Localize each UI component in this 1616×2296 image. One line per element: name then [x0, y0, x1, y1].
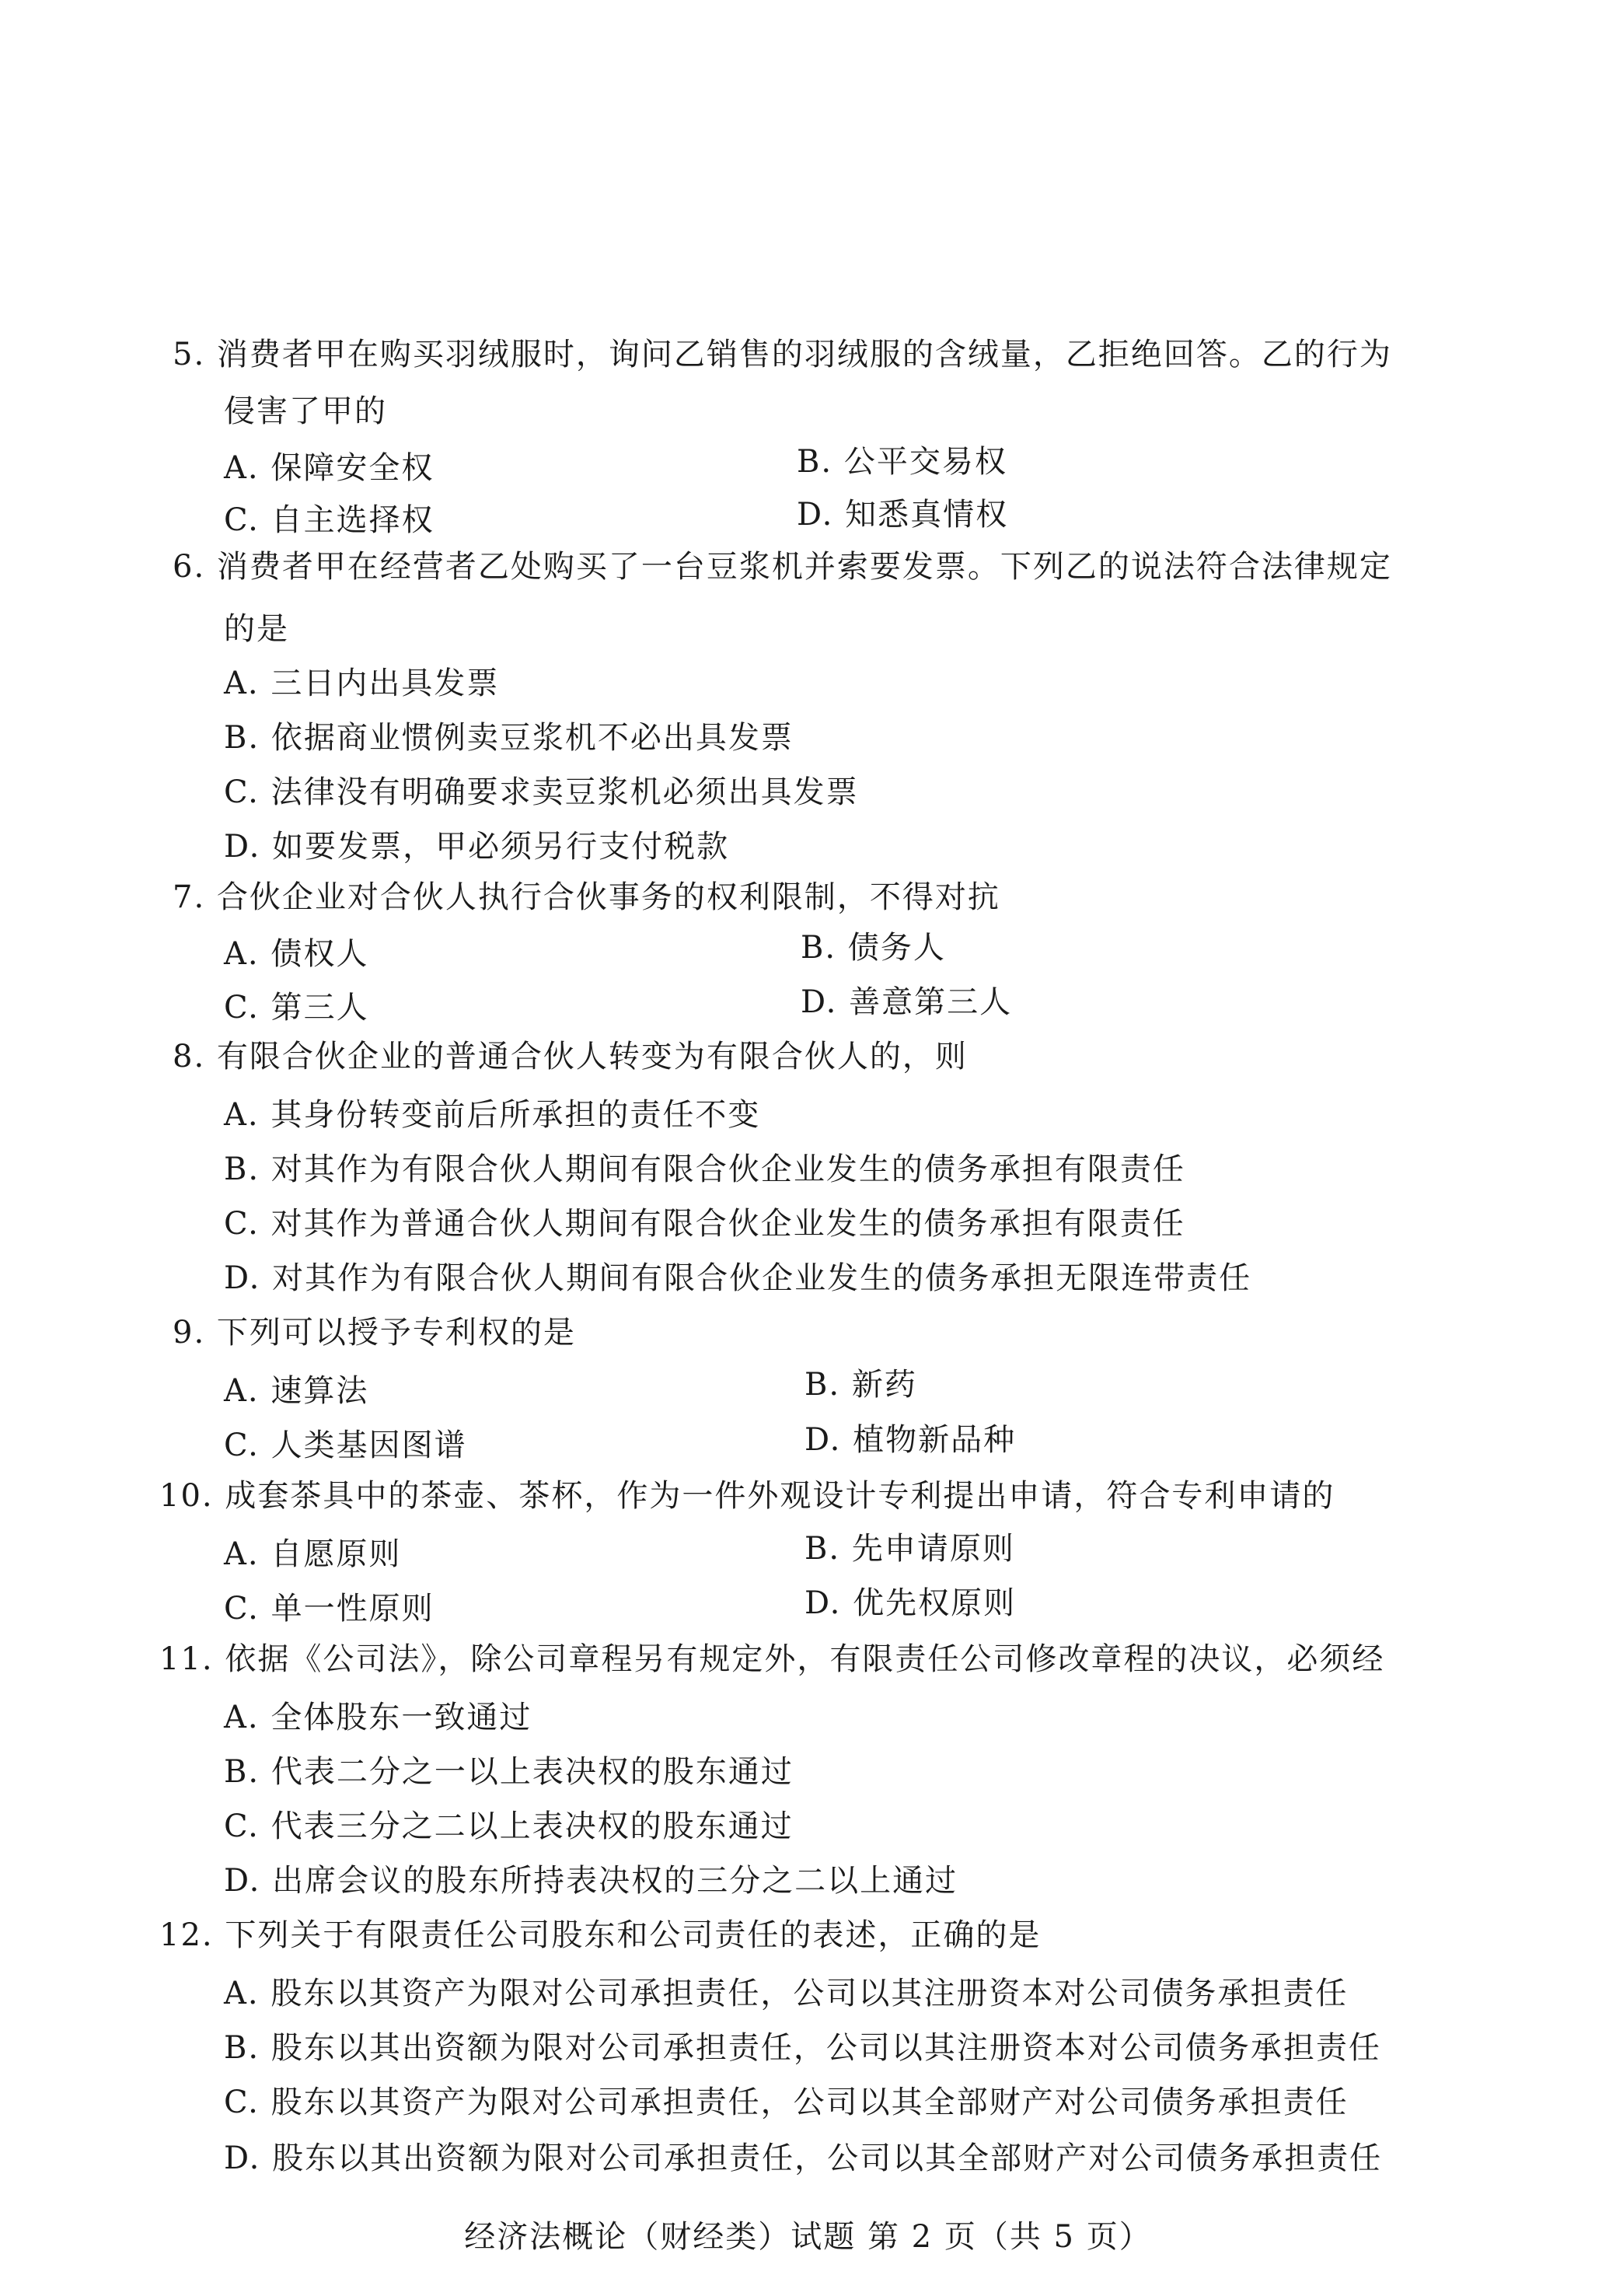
q9-option-b: B. 新药 — [805, 1366, 917, 1403]
q11-option-c: C. 代表三分之二以上表决权的股东通过 — [224, 1808, 794, 1845]
q11-option-d: D. 出席会议的股东所持表决权的三分之二以上通过 — [224, 1862, 958, 1899]
q11-option-a: A. 全体股东一致通过 — [224, 1699, 532, 1736]
q8-option-b: B. 对其作为有限合伙人期间有限合伙企业发生的债务承担有限责任 — [224, 1151, 1185, 1188]
q6-option-c: C. 法律没有明确要求卖豆浆机必须出具发票 — [224, 774, 859, 811]
q10-option-b: B. 先申请原则 — [805, 1530, 1015, 1567]
q10-option-c: C. 单一性原则 — [224, 1590, 435, 1627]
q5-option-b: B. 公平交易权 — [797, 443, 1007, 481]
q7-option-c: C. 第三人 — [224, 989, 369, 1026]
question-11-stem: 11. 依据《公司法》，除公司章程另有规定外，有限责任公司修改章程的决议，必须经 — [159, 1641, 1384, 1678]
q6-option-d: D. 如要发票，甲必须另行支付税款 — [224, 828, 729, 865]
q12-option-b: B. 股东以其出资额为限对公司承担责任，公司以其注册资本对公司债务承担责任 — [224, 2029, 1381, 2067]
question-12-stem: 12. 下列关于有限责任公司股东和公司责任的表述，正确的是 — [159, 1917, 1041, 1954]
q12-option-a: A. 股东以其资产为限对公司承担责任，公司以其注册资本对公司债务承担责任 — [224, 1975, 1348, 2012]
q5-option-a: A. 保障安全权 — [224, 449, 434, 487]
q7-option-b: B. 债务人 — [801, 929, 946, 966]
q8-option-c: C. 对其作为普通合伙人期间有限合伙企业发生的债务承担有限责任 — [224, 1205, 1185, 1242]
question-5-stem-cont: 侵害了甲的 — [224, 393, 387, 430]
q6-option-b: B. 依据商业惯例卖豆浆机不必出具发票 — [224, 719, 794, 757]
page-footer: 经济法概论（财经类）试题 第 2 页（共 5 页） — [0, 2212, 1616, 2256]
q9-option-d: D. 植物新品种 — [805, 1421, 1016, 1459]
question-5-stem: 5. 消费者甲在购买羽绒服时，询问乙销售的羽绒服的含绒量，乙拒绝回答。乙的行为 — [173, 336, 1392, 373]
question-6-stem: 6. 消费者甲在经营者乙处购买了一台豆浆机并索要发票。下列乙的说法符合法律规定 — [173, 548, 1392, 585]
q12-option-d: D. 股东以其出资额为限对公司承担责任，公司以其全部财产对公司债务承担责任 — [224, 2140, 1382, 2177]
q9-option-a: A. 速算法 — [224, 1372, 368, 1410]
q5-option-d: D. 知悉真情权 — [797, 496, 1008, 533]
q11-option-b: B. 代表二分之一以上表决权的股东通过 — [224, 1753, 794, 1791]
q5-option-c: C. 自主选择权 — [224, 501, 435, 539]
q8-option-d: D. 对其作为有限合伙人期间有限合伙企业发生的债务承担无限连带责任 — [224, 1260, 1251, 1297]
question-7-stem: 7. 合伙企业对合伙人执行合伙事务的权利限制，不得对抗 — [173, 879, 1000, 916]
q12-option-c: C. 股东以其资产为限对公司承担责任，公司以其全部财产对公司债务承担责任 — [224, 2084, 1349, 2121]
question-8-stem: 8. 有限合伙企业的普通合伙人转变为有限合伙人的，则 — [173, 1038, 968, 1075]
q7-option-a: A. 债权人 — [224, 935, 368, 973]
q10-option-d: D. 优先权原则 — [805, 1585, 1016, 1622]
q9-option-c: C. 人类基因图谱 — [224, 1427, 467, 1464]
question-9-stem: 9. 下列可以授予专利权的是 — [173, 1314, 576, 1351]
q10-option-a: A. 自愿原则 — [224, 1536, 401, 1573]
question-6-stem-cont: 的是 — [224, 610, 289, 648]
q6-option-a: A. 三日内出具发票 — [224, 665, 499, 702]
q7-option-d: D. 善意第三人 — [801, 984, 1012, 1021]
q8-option-a: A. 其身份转变前后所承担的责任不变 — [224, 1096, 760, 1134]
question-10-stem: 10. 成套茶具中的茶壶、茶杯，作为一件外观设计专利提出申请，符合专利申请的 — [159, 1477, 1335, 1515]
